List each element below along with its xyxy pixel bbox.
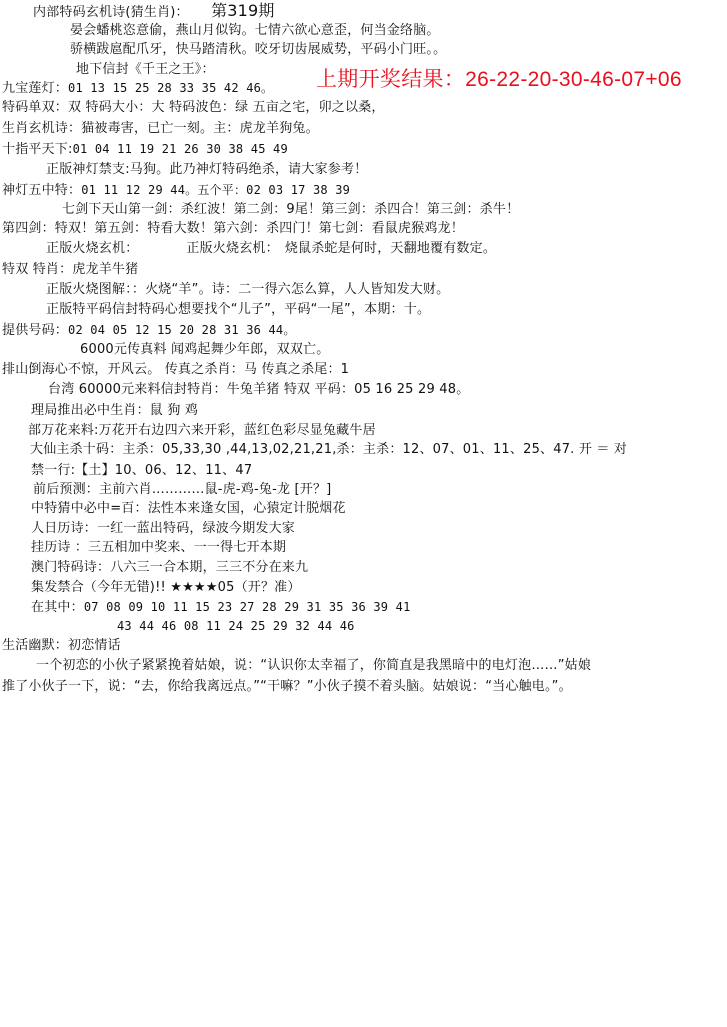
flower-line: 部万花来料:万花开右边四六来开彩，蓝红色彩尽显兔藏牛居: [28, 423, 376, 439]
among-them-line: 在其中：07 08 09 10 11 15 23 27 28 29 31 35 …: [31, 599, 411, 616]
poem-line-1: 晏会蟠桃恣意偷，燕山月似钩。七情六欲心意歪，何当金络脑。: [70, 23, 440, 39]
humor-title: 生活幽默：初恋情话: [2, 638, 121, 654]
calendar-poem-line: 人日历诗：一红一蓝出特码，绿波今期发大家: [31, 521, 295, 537]
issue-number: 第319期: [211, 1, 275, 20]
fire-mystery-line: 正版火烧玄机：正版火烧玄机：烧鼠杀蛇是何时，天翻地覆有数定。: [46, 241, 496, 257]
must-hit-line: 中特猜中必中=百：法性本来逢女国，心猿定计脱烟花: [31, 501, 346, 517]
stars-line: 集发禁合（今年无错)!! ★★★★05（开？准）: [31, 580, 301, 596]
poem-line-2: 骄横跋扈配爪牙，快马踏清秋。咬牙切齿展威势，平码小门旺。。: [70, 42, 446, 58]
ban-row-line: 禁一行:【土】10、06、12、11、47: [31, 463, 252, 479]
header-title-line: 内部特码玄机诗(猜生肖)： 第319期: [33, 3, 275, 21]
must-win-zodiac-line: 理局推出必中生肖：鼠 狗 鸡: [31, 403, 198, 419]
last-result-banner: 上期开奖结果：26-22-20-30-46-07+06: [316, 66, 682, 93]
ten-fingers-line: 十指平天下:01 04 11 19 21 26 30 38 45 49: [2, 141, 288, 158]
fax-kill-line: 排山倒海心不惊，开风云。 传真之杀肖：马 传真之杀尾：1: [2, 362, 349, 378]
last-result-numbers: 26-22-20-30-46-07+06: [465, 68, 682, 91]
flat-code-letter-line: 正版特平码信封特码心想要找个“儿子”，平码“一尾”，本期：十。: [46, 302, 430, 318]
zodiac-poem-line: 生肖玄机诗：猫被毒害，已亡一刻。主：虎龙羊狗兔。: [2, 121, 319, 137]
header-title: 内部特码玄机诗(猜生肖)：: [33, 5, 189, 20]
odd-even-line: 特码单双：双 特码大小：大 特码波色：绿 五亩之宅，卯之以桑，: [2, 100, 385, 116]
provided-numbers-line: 提供号码：02 04 05 12 15 20 28 31 36 44。: [2, 322, 296, 339]
seven-swords-line-2: 第四剑：特双！第五剑：特看大数！第六剑：杀四门！第七剑：看鼠虎猴鸡龙！: [2, 221, 464, 237]
lamp-ban-line: 正版神灯禁支:马狗。此乃神灯特码绝杀，请大家参考！: [46, 162, 367, 178]
jiubao-lantern-line: 九宝莲灯：01 13 15 25 28 33 35 42 46。: [2, 80, 273, 97]
letter-title: 地下信封《千王之王》：: [76, 62, 215, 78]
fire-diagram-line: 正版火烧图解：：火烧“羊”。诗：二一得六怎么算，人人皆知发大财。: [46, 282, 449, 298]
lamp-five-line: 神灯五中特：01 11 12 29 44。五个平：02 03 17 38 39: [2, 182, 350, 199]
fax-6000-line: 6000元传真料 闻鸡起舞少年郎，双双亡。: [80, 342, 329, 358]
taiwan-line: 台湾 60000元来料信封特肖：牛兔羊猪 特双 平码：05 16 25 29 4…: [48, 382, 469, 398]
last-result-label: 上期开奖结果：: [316, 67, 465, 91]
macau-poem-line: 澳门特码诗：八六三一合本期，三三不分在来九: [31, 560, 308, 576]
among-them-continued: 43 44 46 08 11 24 25 29 32 44 46: [117, 618, 355, 634]
special-double-line: 特双 特肖：虎龙羊牛猪: [2, 262, 138, 278]
wall-calendar-line: 挂历诗 ：三五相加中奖来、一一得七开本期: [31, 540, 286, 556]
seven-swords-line-1: 七剑下天山第一剑：杀红波！第二剑：9尾！第三剑：杀四合！第三剑：杀牛！: [62, 202, 519, 218]
humor-body-line-2: 推了小伙子一下，说：“去，你给我离远点。”“干嘛？”小伙子摸不着头脑。姑娘说：“…: [2, 679, 572, 695]
humor-body-line-1: 一个初恋的小伙子紧紧挽着姑娘，说：“认识你太幸福了，你简直是我黑暗中的电灯泡………: [36, 658, 591, 674]
prediction-line: 前后预测：主前六肖…………鼠-虎-鸡-兔-龙 [开？]: [33, 482, 331, 498]
immortal-kill-line: 大仙主杀十码：主杀：05,33,30 ,44,13,02,21,21,杀：主杀：…: [30, 442, 627, 458]
